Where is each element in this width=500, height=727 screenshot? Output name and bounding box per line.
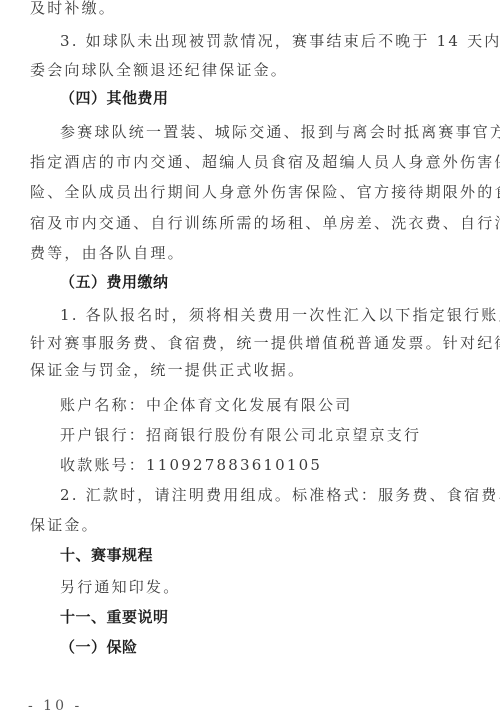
section-heading: 十、赛事规程 <box>60 545 472 565</box>
section-heading: （五）费用缴纳 <box>60 272 472 292</box>
paragraph-line: 保证金与罚金，统一提供正式收据。 <box>30 360 472 380</box>
paragraph-line: 开户银行：招商银行股份有限公司北京望京支行 <box>60 425 472 445</box>
paragraph-line: 2. 汇款时，请注明费用组成。标准格式：服务费、食宿费、 <box>60 485 472 505</box>
section-heading: 十一、重要说明 <box>60 607 472 627</box>
section-heading: （四）其他费用 <box>60 88 472 108</box>
paragraph-line: 保证金。 <box>30 515 472 535</box>
paragraph-line: 3. 如球队未出现被罚款情况，赛事结束后不晚于 14 天内，组 <box>60 31 472 51</box>
paragraph-line: 宿及市内交通、自行训练所需的场租、单房差、洗衣费、自行消 <box>30 213 472 233</box>
paragraph-line: 参赛球队统一置装、城际交通、报到与离会时抵离赛事官方 <box>60 122 472 142</box>
paragraph-line: 收款账号：110927883610105 <box>60 455 472 475</box>
paragraph-line: 费等，由各队自理。 <box>30 243 472 263</box>
page-number: - 10 - <box>28 698 82 714</box>
paragraph-line: 险、全队成员出行期间人身意外伤害保险、官方接待期限外的食 <box>30 182 472 202</box>
section-heading: （一）保险 <box>60 637 472 657</box>
paragraph-line: 针对赛事服务费、食宿费，统一提供增值税普通发票。针对纪律 <box>30 333 472 353</box>
paragraph-line: 1. 各队报名时，须将相关费用一次性汇入以下指定银行账户， <box>60 305 472 325</box>
paragraph-line: 委会向球队全额退还纪律保证金。 <box>30 60 472 80</box>
paragraph-line: 另行通知印发。 <box>60 577 472 597</box>
paragraph-line: 及时补缴。 <box>30 0 472 18</box>
paragraph-line: 账户名称：中企体育文化发展有限公司 <box>60 395 472 415</box>
paragraph-line: 指定酒店的市内交通、超编人员食宿及超编人员人身意外伤害保 <box>30 152 472 172</box>
